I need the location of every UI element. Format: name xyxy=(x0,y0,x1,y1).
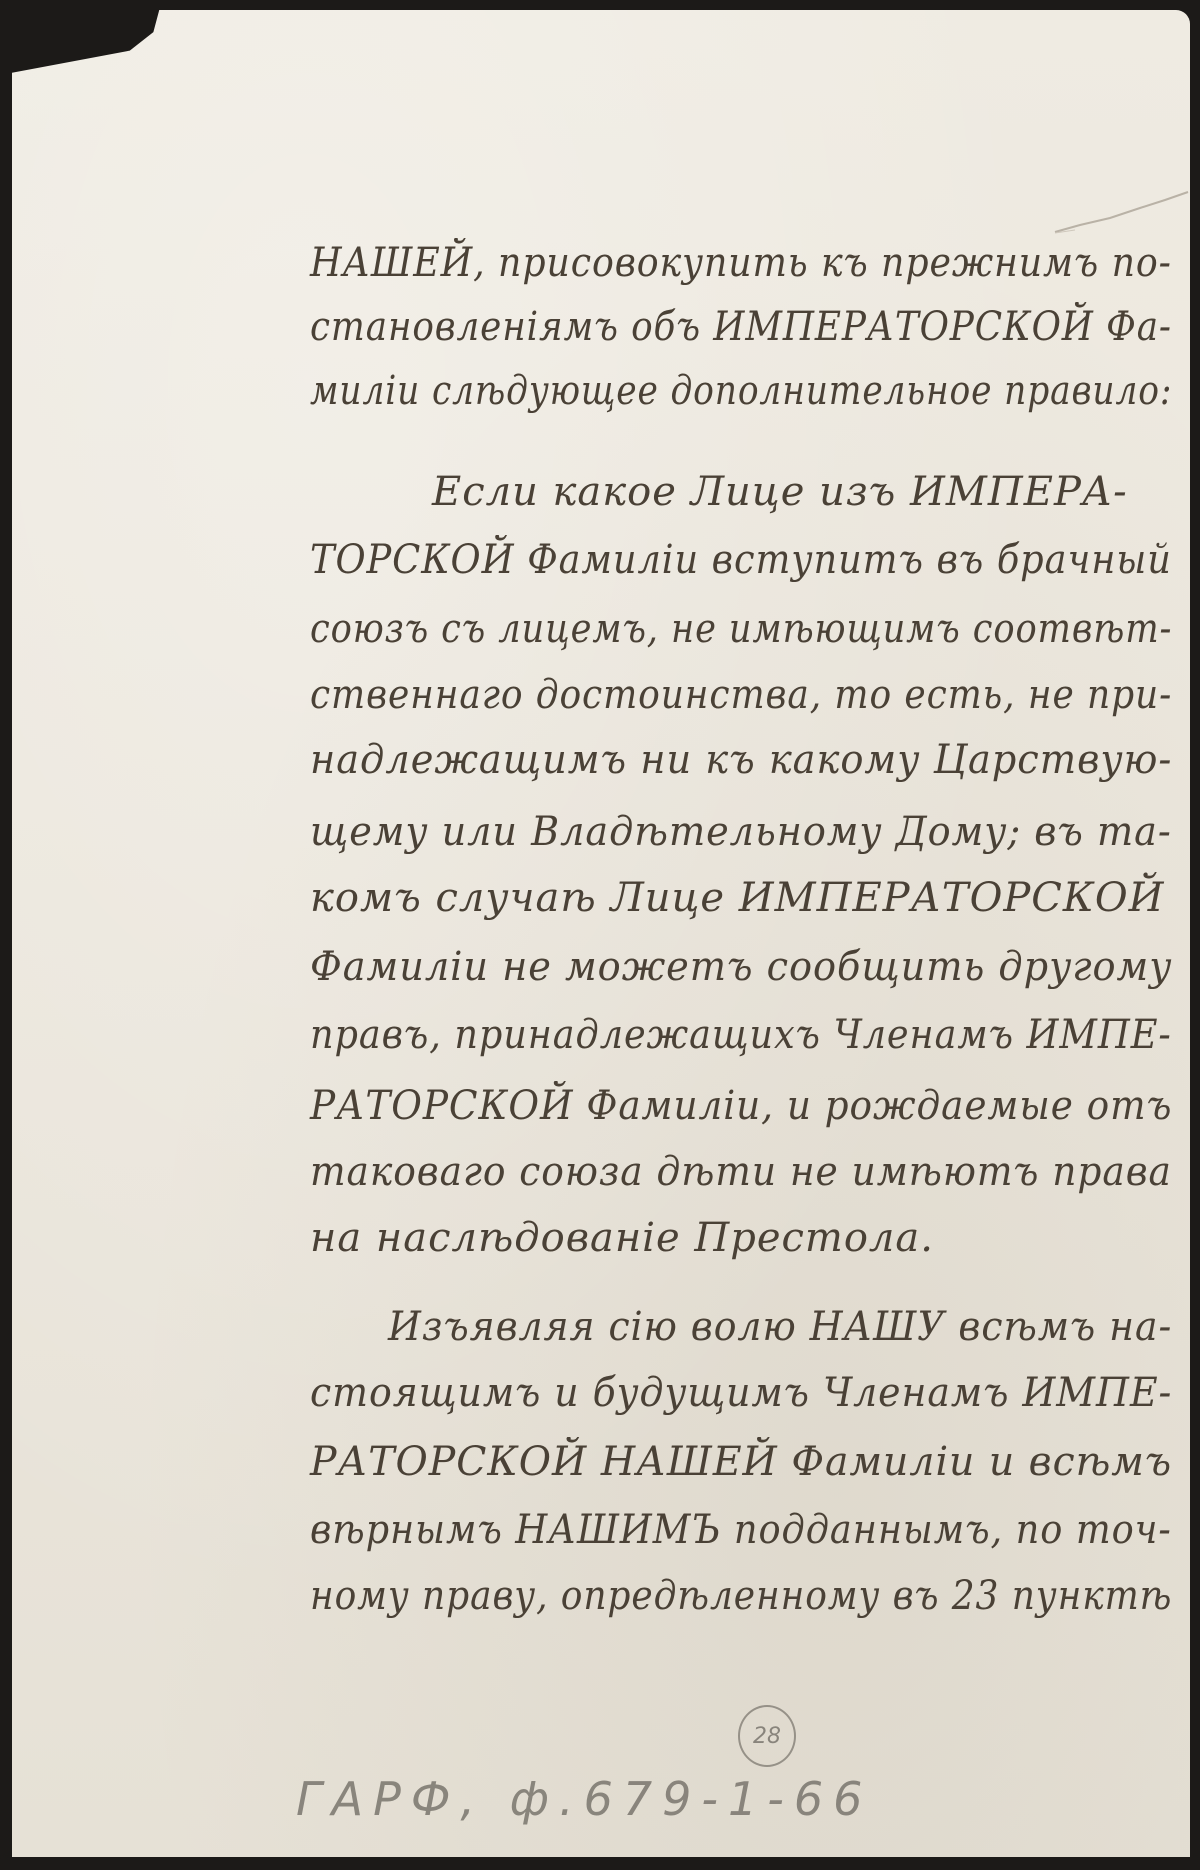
manuscript-line: РАТОРСКОЙ НАШЕЙ Фамилiи и всѣмъ xyxy=(310,1439,1172,1485)
manuscript-line: НАШЕЙ, присовокупить къ прежнимъ по- xyxy=(310,240,1172,286)
manuscript-line: Если какое Лице изъ ИМПЕРА- xyxy=(432,469,1128,515)
manuscript-line: надлежащимъ ни къ какому Царствую- xyxy=(310,737,1172,783)
manuscript-line: союзъ съ лицемъ, не имѣющимъ соотвѣт- xyxy=(310,606,1172,652)
manuscript-line: РАТОРСКОЙ Фамилiи, и рождаемые отъ xyxy=(310,1083,1172,1129)
manuscript-line: ТОРСКОЙ Фамилiи вступитъ въ брачный xyxy=(310,537,1172,583)
manuscript-line: Изъявляя сiю волю НАШУ всѣмъ на- xyxy=(388,1304,1172,1350)
manuscript-line: ному праву, опредѣленному въ 23 пунктѣ xyxy=(310,1573,1172,1619)
manuscript-line: на наслѣдованiе Престола. xyxy=(310,1215,934,1261)
manuscript-line: правъ, принадлежащихъ Членамъ ИМПЕ- xyxy=(310,1012,1172,1058)
manuscript-line: становленiямъ объ ИМПЕРАТОРСКОЙ Фа- xyxy=(310,304,1172,350)
folio-number-text: 28 xyxy=(753,1724,781,1749)
manuscript-line: щему или Владѣтельному Дому; въ та- xyxy=(310,809,1172,855)
manuscript-line: ственнаго достоинства, то есть, не при- xyxy=(310,672,1172,718)
manuscript-line: вѣрнымъ НАШИМЪ подданнымъ, по точ- xyxy=(310,1507,1172,1553)
manuscript-line: Фамилiи не можетъ сообщить другому xyxy=(310,944,1172,990)
manuscript-line: комъ случаѣ Лице ИМПЕРАТОРСКОЙ xyxy=(310,875,1165,921)
manuscript-line: таковаго союза дѣти не имѣютъ права xyxy=(310,1149,1172,1195)
manuscript-line: милiи слѣдующее дополнительное правило: xyxy=(310,368,1172,414)
archive-mark: ГАРФ, ф.679-1-66 xyxy=(296,1772,872,1826)
manuscript-line: стоящимъ и будущимъ Членамъ ИМПЕ- xyxy=(310,1370,1172,1416)
folio-number: 28 xyxy=(738,1705,796,1767)
